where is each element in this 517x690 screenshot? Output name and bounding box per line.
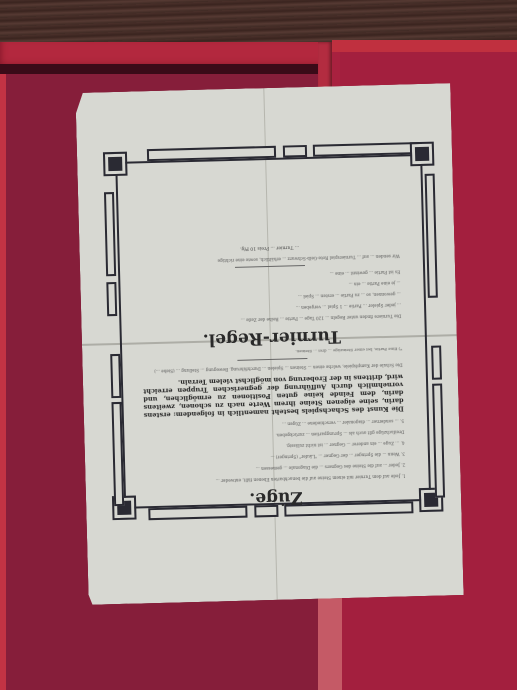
rule-paragraph: 5. ... sonderner ... diagonaler ... vers… [144,418,404,431]
document-text: Züge. 1. Jede auf dem Turnier mit einem … [138,177,407,514]
rule-paragraph: 4. ... Zuge ... ein anderer ... Gegner .… [145,439,405,452]
rule-paragraph: ... gewonnen, so ... zu Partie ... erste… [141,291,401,304]
border-side-bar [432,383,445,497]
border-side-bar [106,282,117,316]
rule-paragraph: ... je eine Partie ... ein ... [140,280,400,293]
border-side-bar [110,354,121,398]
separator-line [237,358,307,361]
border-corner [105,154,126,175]
red-box-bottom-rim [332,40,517,52]
strategy-paragraph: Die Kunst des Schachspiels besteht namen… [143,373,404,420]
rule-paragraph: 1. Jede auf dem Turnier mit einem Steine… [145,472,405,485]
rule-paragraph: ... jeder Spieler ... Partie ... 1 Spiel… [141,302,401,315]
rule-paragraph: Es ist Partie ... gewinnt ... eine ... [140,269,400,282]
rule-paragraph: Die Turniere finden unter Regeln ... 120… [141,313,401,326]
box-slot-shadow [0,64,318,74]
border-bar [283,145,307,158]
rule-paragraph: 2. Jeder ... auf die Steine des Gegners … [145,461,405,474]
rules-sheet: Züge. 1. Jede auf dem Turnier mit einem … [75,83,463,605]
section-heading-zuege: Züge. [146,484,406,511]
box-left-edge [0,74,6,690]
border-side-bar [431,346,442,380]
border-corner [412,144,433,165]
rule-paragraph: 3. Wenn ... die Springer ... der Gegner … [145,450,405,463]
order-note: Wir senden ... auf ... Turnierspiel Rote… [140,253,400,266]
rule-paragraph: Die Schule der Kampfspiele, welche einen… [143,362,403,375]
price-note: ... Turnier ... Preis 10 Pfg. [139,242,399,254]
border-side-bar [104,192,116,276]
separator-line [235,265,305,268]
border-side-bar [425,174,438,298]
rule-paragraph: Dreifachzüge gilt auch als ... Sprungpar… [144,429,404,442]
